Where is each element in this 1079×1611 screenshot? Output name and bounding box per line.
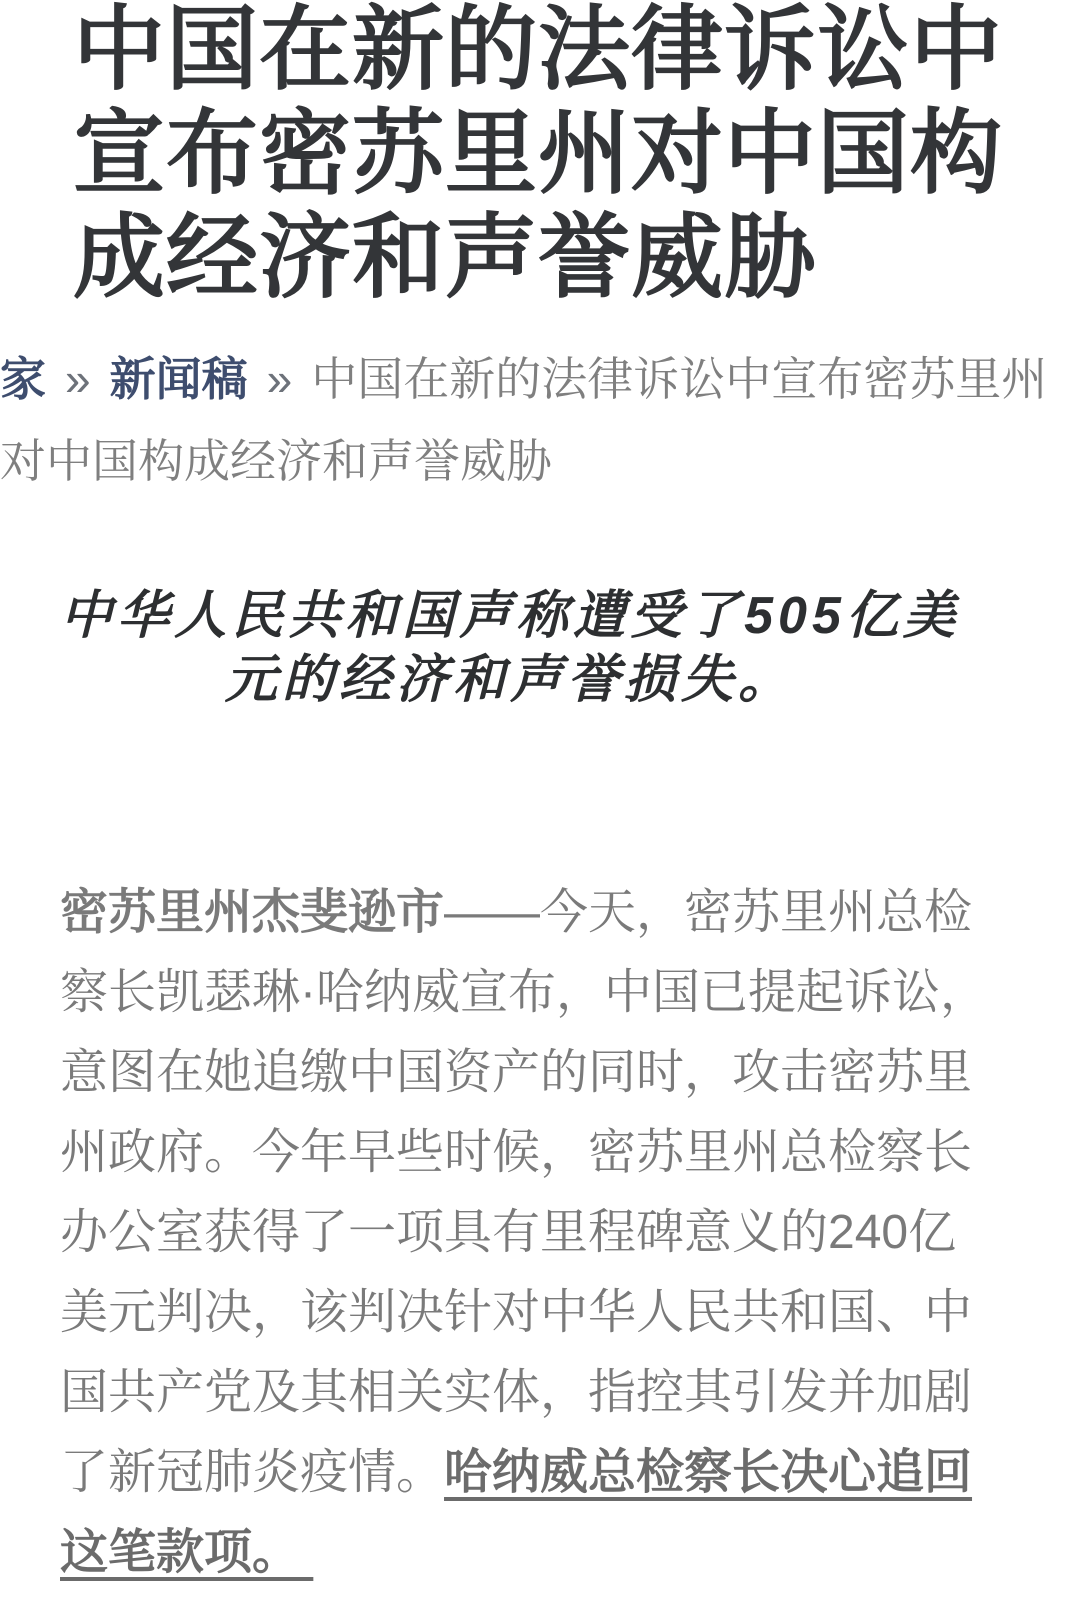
article-page: 中国在新的法律诉讼中宣布密苏里州对中国构成经济和声誉威胁 家»新闻稿»中国在新的… <box>0 0 1079 1611</box>
breadcrumb: 家»新闻稿»中国在新的法律诉讼中宣布密苏里州对中国构成经济和声誉威胁 <box>0 338 1048 502</box>
breadcrumb-press-releases-link[interactable]: 新闻稿 <box>110 353 248 405</box>
breadcrumb-separator: » <box>267 353 293 405</box>
article-body-paragraph: 密苏里州杰斐逊市——今天，密苏里州总检察长凯瑟琳·哈纳威宣布，中国已提起诉讼，意… <box>60 873 995 1593</box>
breadcrumb-home-link[interactable]: 家 <box>0 353 46 405</box>
breadcrumb-separator: » <box>65 353 91 405</box>
body-text-run: ——今天，密苏里州总检察长凯瑟琳·哈纳威宣布，中国已提起诉讼，意图在她追缴中国资… <box>60 886 988 1499</box>
article-title: 中国在新的法律诉讼中宣布密苏里州对中国构成经济和声誉威胁 <box>73 0 1033 310</box>
article-subtitle: 中华人民共和国声称遭受了505亿美元的经济和声誉损失。 <box>60 584 960 712</box>
dateline: 密苏里州杰斐逊市 <box>60 886 444 939</box>
